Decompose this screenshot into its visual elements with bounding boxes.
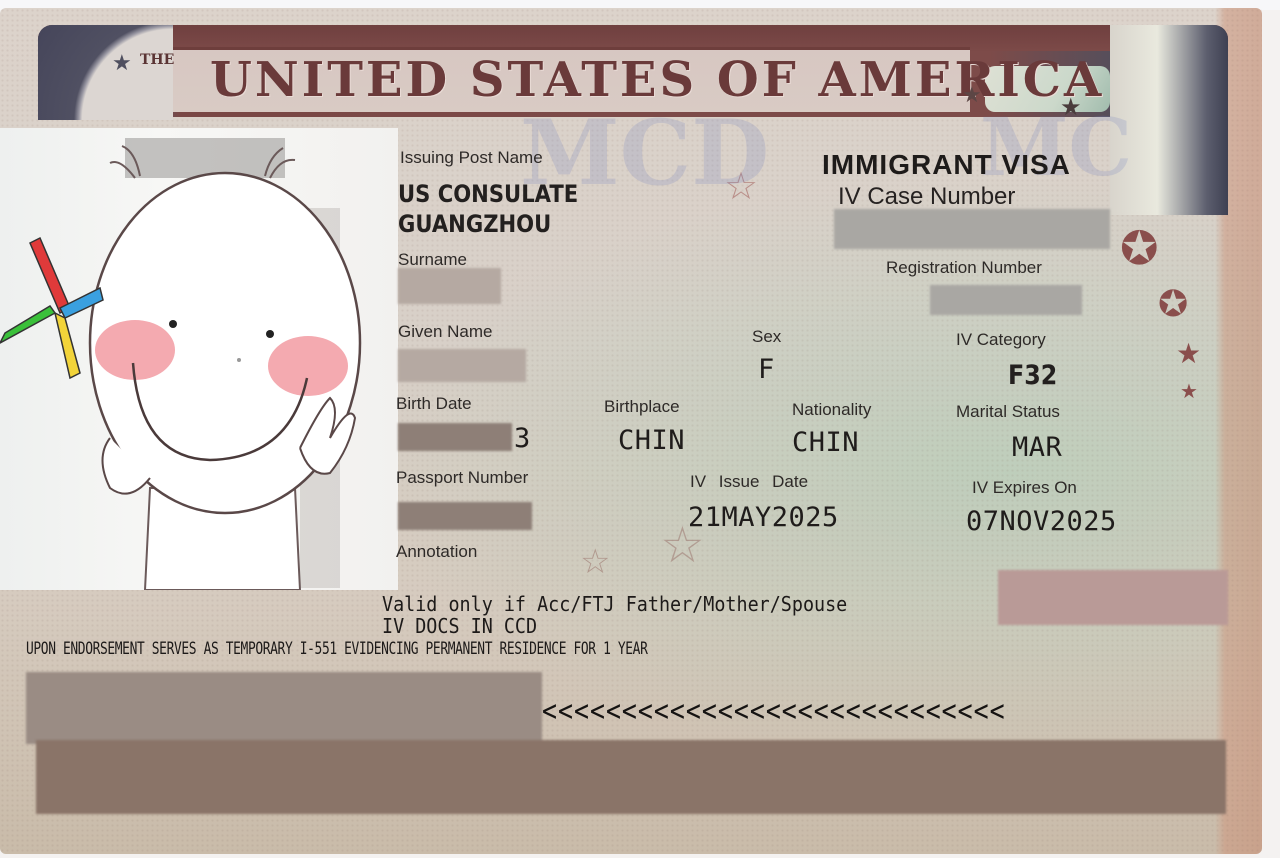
- surname-redacted: [398, 268, 501, 304]
- star-icon: ★: [112, 52, 132, 74]
- iv-expires-on-label: IV Expires On: [972, 478, 1077, 498]
- birth-date-value-suffix: 3: [514, 423, 531, 454]
- birthplace-value: CHIN: [618, 425, 685, 456]
- star-icon: ★: [1060, 96, 1082, 120]
- nationality-value: CHIN: [792, 427, 859, 458]
- mrz-line1-redacted: [26, 672, 542, 744]
- star-icon: ☆: [724, 168, 758, 206]
- birth-date-label: Birth Date: [396, 394, 472, 414]
- marital-status-value: MAR: [1012, 432, 1062, 463]
- star-icon: ★: [1176, 340, 1201, 368]
- mrz-line2-redacted: [36, 740, 1226, 814]
- issuing-post-line2: GUANGZHOU: [398, 210, 551, 238]
- iv-case-number-label: IV Case Number: [838, 183, 1015, 211]
- sex-value: F: [758, 354, 775, 385]
- registration-number-label: Registration Number: [886, 258, 1042, 278]
- issuing-post-label: Issuing Post Name: [400, 148, 543, 168]
- given-name-redacted: [398, 349, 526, 382]
- corner-statue-of-liberty: [1110, 25, 1228, 215]
- marital-status-label: Marital Status: [956, 402, 1060, 422]
- title-prefix: THE: [140, 52, 174, 68]
- star-icon: ✪: [1158, 286, 1188, 322]
- annotation-line2: IV DOCS IN CCD: [382, 614, 537, 638]
- star-icon: ☆: [580, 545, 610, 579]
- mrz-line1-filler: <<<<<<<<<<<<<<<<<<<<<<<<<<<<<: [542, 694, 1006, 729]
- annotation-line1: Valid only if Acc/FTJ Father/Mother/Spou…: [382, 592, 847, 616]
- birthplace-label: Birthplace: [604, 397, 680, 417]
- corner-rosette-left: [38, 25, 173, 120]
- cartoon-face-icon: [0, 128, 398, 590]
- iv-category-label: IV Category: [956, 330, 1046, 350]
- iv-issue-date-value: 21MAY2025: [688, 502, 839, 533]
- iv-case-number-redacted: [834, 209, 1110, 249]
- iv-issue-date-label: IV Issue Date: [690, 472, 808, 492]
- annotation-label: Annotation: [396, 542, 477, 562]
- visa-control-number-redacted: [998, 570, 1228, 625]
- registration-number-redacted: [930, 285, 1082, 315]
- iv-expires-on-value: 07NOV2025: [966, 506, 1117, 537]
- star-icon: ★: [1180, 382, 1198, 402]
- iv-category-value: F32: [1008, 360, 1057, 391]
- passport-number-label: Passport Number: [396, 468, 528, 488]
- endorsement-text: UPON ENDORSEMENT SERVES AS TEMPORARY I-5…: [26, 639, 647, 659]
- sex-label: Sex: [752, 327, 781, 347]
- country-title: UNITED STATES OF AMERICA: [210, 52, 930, 108]
- star-icon: ★: [962, 84, 982, 106]
- applicant-photo: [0, 128, 398, 590]
- given-name-label: Given Name: [398, 322, 492, 342]
- visa-type-title: IMMIGRANT VISA: [822, 149, 1071, 181]
- nationality-label: Nationality: [792, 400, 871, 420]
- passport-number-redacted: [398, 502, 532, 530]
- birth-date-redacted: [398, 423, 512, 451]
- star-icon: ✪: [1120, 225, 1159, 271]
- surname-label: Surname: [398, 250, 467, 270]
- issuing-post-line1: US CONSULATE: [398, 180, 578, 208]
